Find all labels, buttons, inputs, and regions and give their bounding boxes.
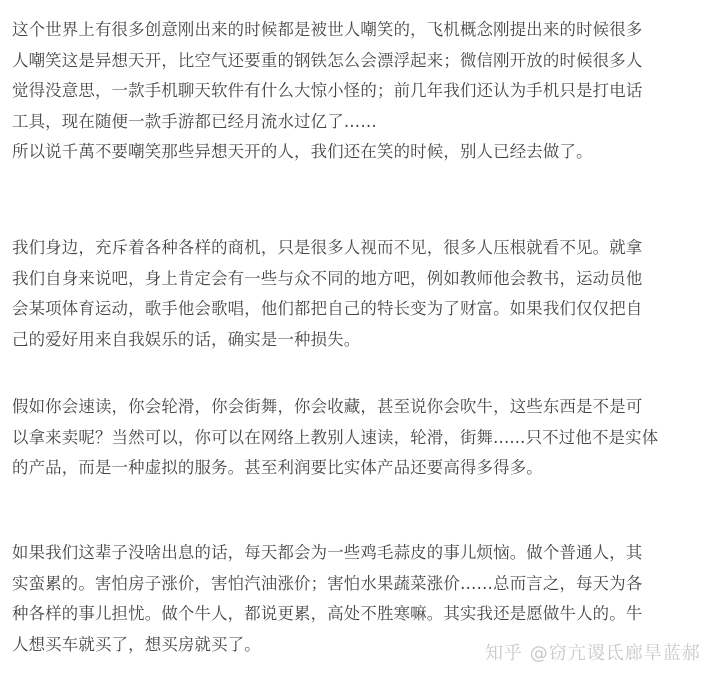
text-line: 我们自身来说吧，身上肯定会有一些与众不同的地方吧，例如教师他会教书，运动员他 <box>12 264 712 295</box>
paragraph-ideas-mocked: 这个世界上有很多创意刚出来的时候都是被世人嘲笑的，飞机概念刚提出来的时候很多 人… <box>12 15 712 168</box>
text-line: 觉得没意思，一款手机聊天软件有什么大惊小怪的；前几年我们还认为手机只是打电话 <box>12 76 712 107</box>
paragraph-virtual-services: 假如你会速读，你会轮滑，你会街舞，你会收藏，甚至说你会吹牛，这些东西是不是可 以… <box>12 392 712 484</box>
text-line: 会某项体育运动，歌手他会歌唱，他们都把自己的特长变为了财富。如果我们仅仅把自 <box>12 294 712 325</box>
text-line: 我们身边，充斥着各种各样的商机，只是很多人视而不见，很多人压根就看不见。就拿 <box>12 233 712 264</box>
text-line: 人嘲笑这是异想天开，比空气还要重的钢铁怎么会漂浮起来；微信刚开放的时候很多人 <box>12 46 712 77</box>
text-line: 所以说千萬不要嘲笑那些异想天开的人，我们还在笑的时候，别人已经去做了。 <box>12 137 712 168</box>
paragraph-business-opportunities: 我们身边，充斥着各种各样的商机，只是很多人视而不见，很多人压根就看不见。就拿 我… <box>12 233 712 355</box>
text-line: 假如你会速读，你会轮滑，你会街舞，你会收藏，甚至说你会吹牛，这些东西是不是可 <box>12 392 712 423</box>
text-line: 以拿来卖呢？当然可以，你可以在网络上教别人速读，轮滑，街舞......只不过他不… <box>12 423 712 454</box>
text-line: 的产品，而是一种虚拟的服务。甚至利润要比实体产品还要高得多得多。 <box>12 453 712 484</box>
text-line: 种各样的事儿担忧。做个牛人，都说更累，高处不胜寒嘛。其实我还是愿做牛人的。牛 <box>12 599 712 630</box>
text-line: 实蛮累的。害怕房子涨价，害怕汽油涨价；害怕水果蔬菜涨价……总而言之，每天为各 <box>12 569 712 600</box>
text-line: 这个世界上有很多创意刚出来的时候都是被世人嘲笑的，飞机概念刚提出来的时候很多 <box>12 15 712 46</box>
zhihu-watermark: 知乎 @窃亢谡氐廊旱蓝郝 <box>485 639 701 665</box>
text-line: 工具，现在随便一款手游都已经月流水过亿了…… <box>12 107 712 138</box>
text-line: 己的爱好用来自我娱乐的话，确实是一种损失。 <box>12 325 712 356</box>
text-line: 如果我们这辈子没啥出息的话，每天都会为一些鸡毛蒜皮的事儿烦恼。做个普通人，其 <box>12 538 712 569</box>
